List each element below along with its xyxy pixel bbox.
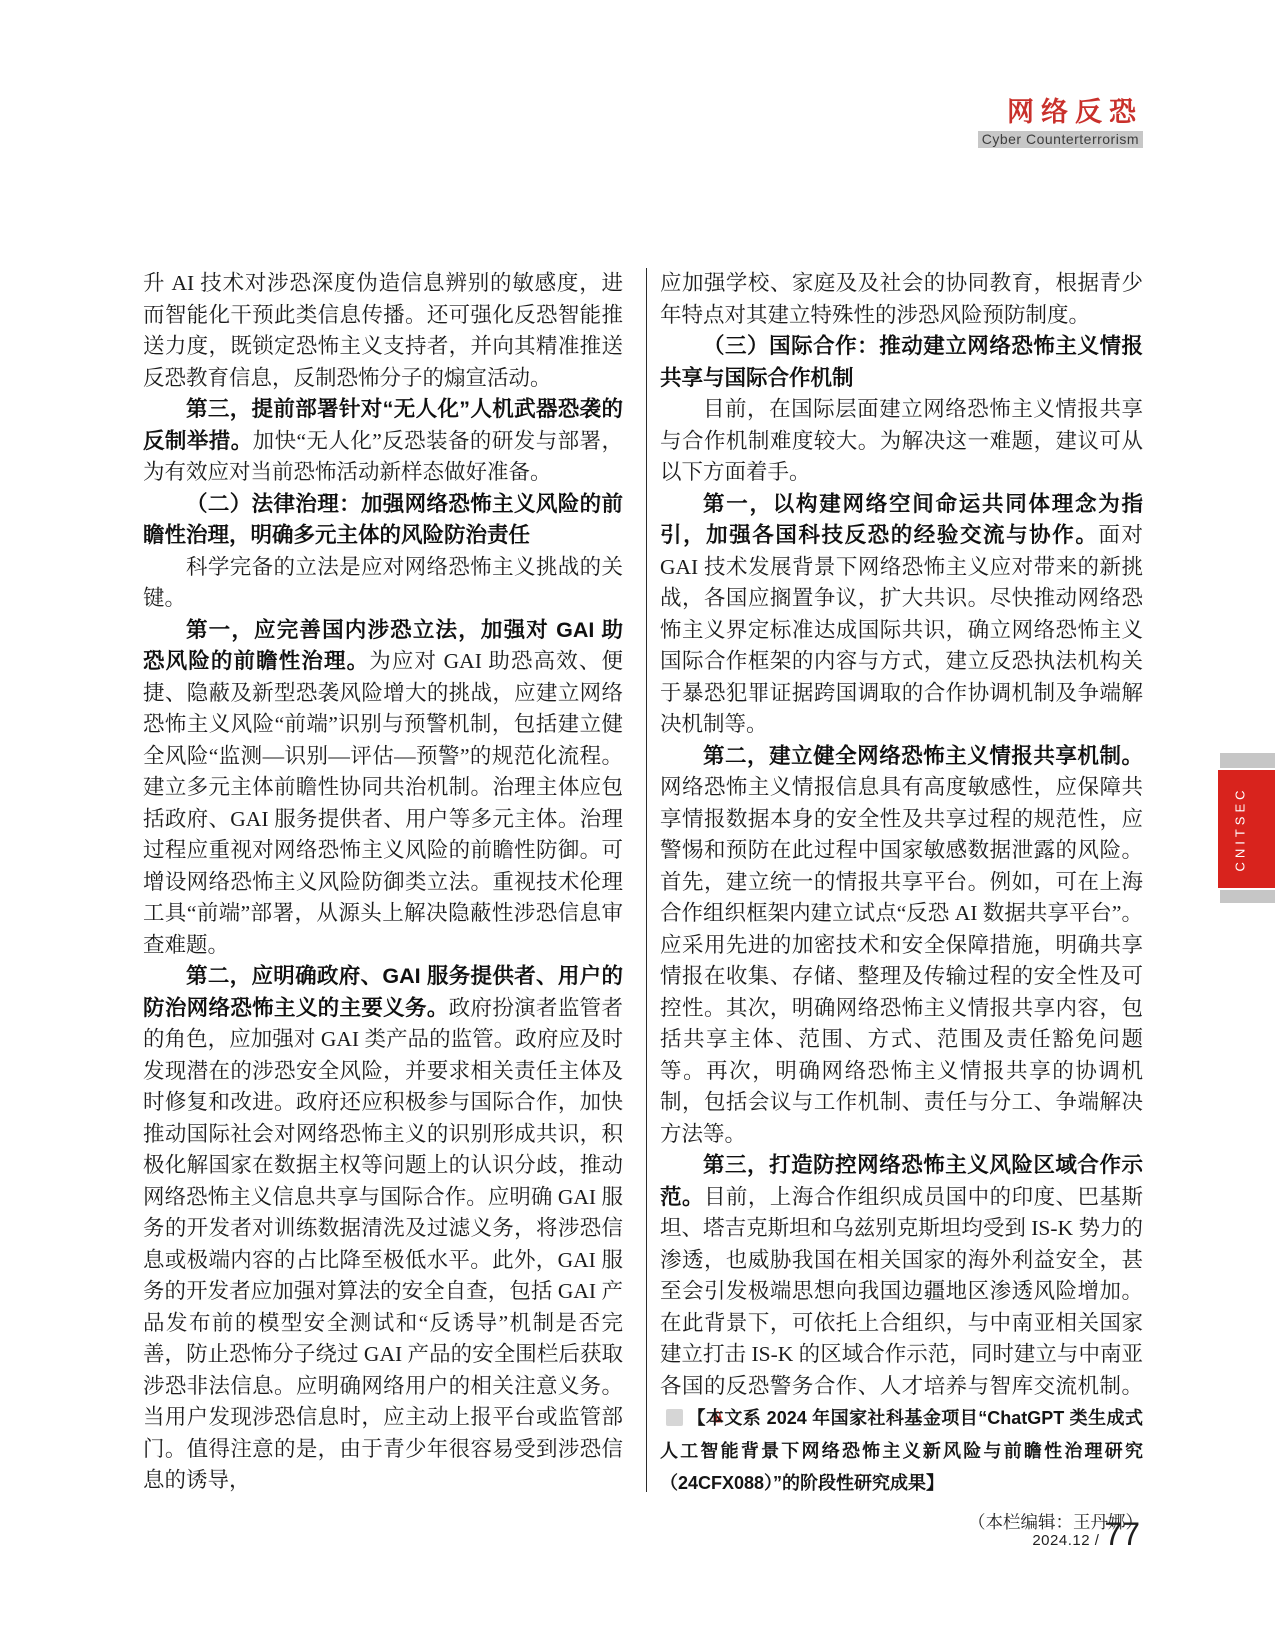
- body-paragraph: 应加强学校、家庭及及社会的协同教育，根据青少年特点对其建立特殊性的涉恐风险预防制…: [660, 268, 1143, 331]
- paragraph-text: 目前，在国际层面建立网络恐怖主义情报共享与合作机制难度较大。为解决这一难题，建议…: [660, 397, 1143, 484]
- paragraph-text: 目前，上海合作组织成员国中的印度、巴基斯坦、塔吉克斯坦和乌兹别克斯坦均受到 IS…: [660, 1185, 1143, 1398]
- body-paragraph: 第三，打造防控网络恐怖主义风险区域合作示范。目前，上海合作组织成员国中的印度、巴…: [660, 1150, 1143, 1500]
- right-column: 应加强学校、家庭及及社会的协同教育，根据青少年特点对其建立特殊性的涉恐风险预防制…: [660, 268, 1143, 1534]
- paragraph-text: 为应对 GAI 助恐高效、便捷、隐蔽及新型恐袭风险增大的挑战，应建立网络恐怖主义…: [143, 649, 623, 957]
- left-column: 升 AI 技术对涉恐深度伪造信息辨别的敏感度，进而智能化干预此类信息传播。还可强…: [143, 268, 623, 1497]
- issue-number: 2024.12 /: [1032, 1532, 1099, 1549]
- section-heading-3: （三）国际合作：推动建立网络恐怖主义情报共享与国际合作机制: [660, 331, 1143, 394]
- paragraph-text: 科学完备的立法是应对网络恐怖主义挑战的关键。: [143, 555, 623, 611]
- column-title-cn: 网络反恐: [0, 98, 1143, 128]
- paragraph-text: 政府扮演者监管者的角色，应加强对 GAI 类产品的监管。政府应及时发现潜在的涉恐…: [143, 996, 623, 1493]
- edge-strip-bottom: [1220, 890, 1275, 903]
- body-paragraph: 第三，提前部署针对“无人化”人机武器恐袭的反制举措。加快“无人化”反恐装备的研发…: [143, 394, 623, 489]
- masthead: 网络反恐 Cyber Counterterrorism: [0, 98, 1143, 149]
- paragraph-lead-bold: 第一，以构建网络空间命运共同体理念为指引，加强各国科技反恐的经验交流与协作。: [660, 492, 1143, 548]
- paragraph-text: 网络恐怖主义情报信息具有高度敏感性，应保障共享情报数据本身的安全性及共享过程的规…: [660, 775, 1143, 1146]
- column-title-en: Cyber Counterterrorism: [978, 131, 1143, 148]
- heading-text: （三）国际合作：推动建立网络恐怖主义情报共享与国际合作机制: [660, 334, 1143, 390]
- funding-note: 【本文系 2024 年国家社科基金项目“ChatGPT 类生成式人工智能背景下网…: [660, 1408, 1143, 1493]
- body-paragraph: 科学完备的立法是应对网络恐怖主义挑战的关键。: [143, 552, 623, 615]
- column-divider: [646, 268, 647, 1492]
- cnitsec-label: CNITSEC: [1232, 786, 1247, 871]
- body-paragraph: 第一，以构建网络空间命运共同体理念为指引，加强各国科技反恐的经验交流与协作。面对…: [660, 489, 1143, 741]
- cnitsec-tab: CNITSEC: [1218, 770, 1275, 888]
- body-paragraph: 第二，建立健全网络恐怖主义情报共享机制。网络恐怖主义情报信息具有高度敏感性，应保…: [660, 741, 1143, 1151]
- body-paragraph: 第二，应明确政府、GAI 服务提供者、用户的防治网络恐怖主义的主要义务。政府扮演…: [143, 961, 623, 1497]
- heading-text: （二）法律治理：加强网络恐怖主义风险的前瞻性治理，明确多元主体的风险防治责任: [143, 492, 623, 548]
- body-paragraph: 第一，应完善国内涉恐立法，加强对 GAI 助恐风险的前瞻性治理。为应对 GAI …: [143, 615, 623, 962]
- paragraph-text: 面对 GAI 技术发展背景下网络恐怖主义应对带来的新挑战，各国应搁置争议，扩大共…: [660, 523, 1143, 736]
- section-heading-2: （二）法律治理：加强网络恐怖主义风险的前瞻性治理，明确多元主体的风险防治责任: [143, 489, 623, 552]
- journal-page: 网络反恐 Cyber Counterterrorism 升 AI 技术对涉恐深度…: [0, 0, 1275, 1629]
- paragraph-text: 应加强学校、家庭及及社会的协同教育，根据青少年特点对其建立特殊性的涉恐风险预防制…: [660, 271, 1143, 327]
- page-number: 77: [1104, 1518, 1140, 1550]
- edge-strip-top: [1220, 753, 1275, 768]
- lock-icon: [666, 1409, 683, 1426]
- body-paragraph: 升 AI 技术对涉恐深度伪造信息辨别的敏感度，进而智能化干预此类信息传播。还可强…: [143, 268, 623, 394]
- paragraph-lead-bold: 第二，建立健全网络恐怖主义情报共享机制。: [703, 744, 1143, 768]
- paragraph-text: 升 AI 技术对涉恐深度伪造信息辨别的敏感度，进而智能化干预此类信息传播。还可强…: [143, 271, 623, 390]
- body-paragraph: 目前，在国际层面建立网络恐怖主义情报共享与合作机制难度较大。为解决这一难题，建议…: [660, 394, 1143, 489]
- page-folio: 2024.12 / 77: [0, 1518, 1140, 1550]
